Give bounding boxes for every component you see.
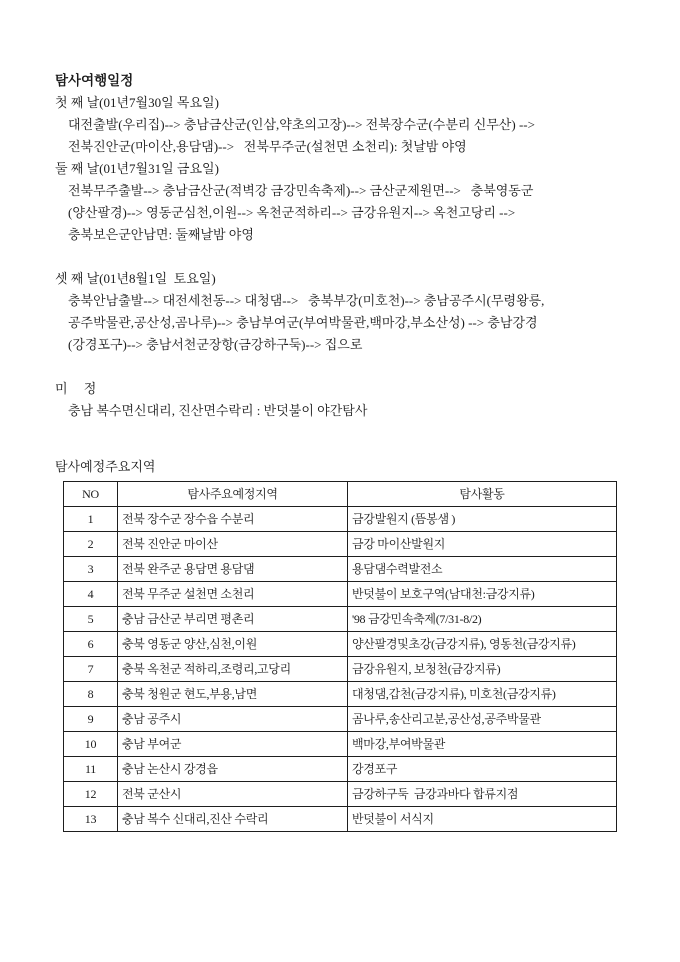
day1-line-2: 전북진안군(마이산,용담댐)--> 전북무주군(설천면 소천리): 첫날밤 야영 [55,136,620,158]
document-page: 탐사여행일정 첫 째 날(01년7월30일 목요일) 대전출발(우리집)--> … [0,0,680,962]
table-row: 13 충남 복수 신대리,진산 수락리 반덧불이 서식지 [64,807,617,832]
row-activity: 곰나루,송산리고분,공산성,공주박물관 [348,707,617,732]
row-no: 6 [64,632,118,657]
table-row: 10 충남 부여군 백마강,부여박물관 [64,732,617,757]
row-region: 충남 부여군 [118,732,348,757]
row-activity: 용담댐수력발전소 [348,557,617,582]
row-no: 7 [64,657,118,682]
row-no: 4 [64,582,118,607]
row-activity: 금강발원지 (뜸봉샘 ) [348,507,617,532]
row-no: 13 [64,807,118,832]
table-row: 9 충남 공주시 곰나루,송산리고분,공산성,공주박물관 [64,707,617,732]
row-region: 충남 금산군 부리면 평촌리 [118,607,348,632]
row-no: 12 [64,782,118,807]
table-row: 11 충남 논산시 강경읍 강경포구 [64,757,617,782]
undecided-section: 미 정 충남 복수면신대리, 진산면수락리 : 반덧불이 야간탐사 [55,378,620,422]
table-row: 3 전북 완주군 용담면 용담댐 용담댐수력발전소 [64,557,617,582]
row-no: 2 [64,532,118,557]
row-activity: 강경포구 [348,757,617,782]
row-activity: 금강유원지, 보청천(금강지류) [348,657,617,682]
row-no: 9 [64,707,118,732]
row-no: 5 [64,607,118,632]
table-row: 1 전북 장수군 장수읍 수분리 금강발원지 (뜸봉샘 ) [64,507,617,532]
table-row: 7 충북 옥천군 적하리,조령리,고당리 금강유원지, 보청천(금강지류) [64,657,617,682]
col-header-no: NO [64,482,118,507]
day1-line-1: 대전출발(우리집)--> 충남금산군(인삼,약초의고장)--> 전북장수군(수분… [55,114,620,136]
day3-line-1: 충북안남출발--> 대전세천동--> 대청댐--> 충북부강(미호천)--> 충… [55,290,620,312]
row-no: 8 [64,682,118,707]
day1-section: 첫 째 날(01년7월30일 목요일) 대전출발(우리집)--> 충남금산군(인… [55,92,620,158]
day2-section: 둘 째 날(01년7월31일 금요일) 전북무주출발--> 충남금산군(적벽강 … [55,158,620,246]
row-activity: 대청댐,갑천(금강지류), 미호천(금강지류) [348,682,617,707]
row-region: 충북 옥천군 적하리,조령리,고당리 [118,657,348,682]
day2-line-2: (양산팔경)--> 영동군심천,이원--> 옥천군적하리--> 금강유원지-->… [55,202,620,224]
table-title: 탐사예정주요지역 [55,456,620,478]
day1-header: 첫 째 날(01년7월30일 목요일) [55,92,620,114]
undecided-line: 충남 복수면신대리, 진산면수락리 : 반덧불이 야간탐사 [55,400,620,422]
row-region: 전북 무주군 설천면 소천리 [118,582,348,607]
table-row: 8 충북 청원군 현도,부용,남면 대청댐,갑천(금강지류), 미호천(금강지류… [64,682,617,707]
row-region: 충북 영동군 양산,심천,이원 [118,632,348,657]
row-region: 전북 진안군 마이산 [118,532,348,557]
undecided-header: 미 정 [55,378,620,400]
day2-line-1: 전북무주출발--> 충남금산군(적벽강 금강민속축제)--> 금산군제원면-->… [55,180,620,202]
col-header-activity: 탐사활동 [348,482,617,507]
row-activity: '98 금강민속축제(7/31-8/2) [348,607,617,632]
table-row: 12 전북 군산시 금강하구둑 금강과바다 합류지점 [64,782,617,807]
table-row: 4 전북 무주군 설천면 소천리 반덧불이 보호구역(남대천:금강지류) [64,582,617,607]
day3-line-3: (강경포구)--> 충남서천군장항(금강하구둑)--> 집으로 [55,334,620,356]
table-row: 5 충남 금산군 부리면 평촌리 '98 금강민속축제(7/31-8/2) [64,607,617,632]
table-row: 2 전북 진안군 마이산 금강 마이산발원지 [64,532,617,557]
row-activity: 금강 마이산발원지 [348,532,617,557]
row-activity: 양산팔경및초강(금강지류), 영동천(금강지류) [348,632,617,657]
day3-section: 셋 째 날(01년8월1일 토요일) 충북안남출발--> 대전세천동--> 대청… [55,268,620,356]
row-no: 10 [64,732,118,757]
row-activity: 반덧불이 서식지 [348,807,617,832]
row-activity: 반덧불이 보호구역(남대천:금강지류) [348,582,617,607]
row-no: 11 [64,757,118,782]
day2-header: 둘 째 날(01년7월31일 금요일) [55,158,620,180]
day2-line-3: 충북보은군안남면: 둘째날밤 야영 [55,224,620,246]
planned-regions-table: NO 탐사주요예정지역 탐사활동 1 전북 장수군 장수읍 수분리 금강발원지 … [63,481,617,832]
row-activity: 백마강,부여박물관 [348,732,617,757]
row-no: 3 [64,557,118,582]
row-region: 전북 완주군 용담면 용담댐 [118,557,348,582]
row-activity: 금강하구둑 금강과바다 합류지점 [348,782,617,807]
row-region: 충북 청원군 현도,부용,남면 [118,682,348,707]
row-region: 충남 공주시 [118,707,348,732]
row-region: 충남 복수 신대리,진산 수락리 [118,807,348,832]
day3-header: 셋 째 날(01년8월1일 토요일) [55,268,620,290]
col-header-region: 탐사주요예정지역 [118,482,348,507]
row-region: 전북 장수군 장수읍 수분리 [118,507,348,532]
day3-line-2: 공주박물관,공산성,곰나루)--> 충남부여군(부여박물관,백마강,부소산성) … [55,312,620,334]
row-no: 1 [64,507,118,532]
table-row: 6 충북 영동군 양산,심천,이원 양산팔경및초강(금강지류), 영동천(금강지… [64,632,617,657]
document-title: 탐사여행일정 [55,70,620,92]
table-header-row: NO 탐사주요예정지역 탐사활동 [64,482,617,507]
row-region: 전북 군산시 [118,782,348,807]
row-region: 충남 논산시 강경읍 [118,757,348,782]
